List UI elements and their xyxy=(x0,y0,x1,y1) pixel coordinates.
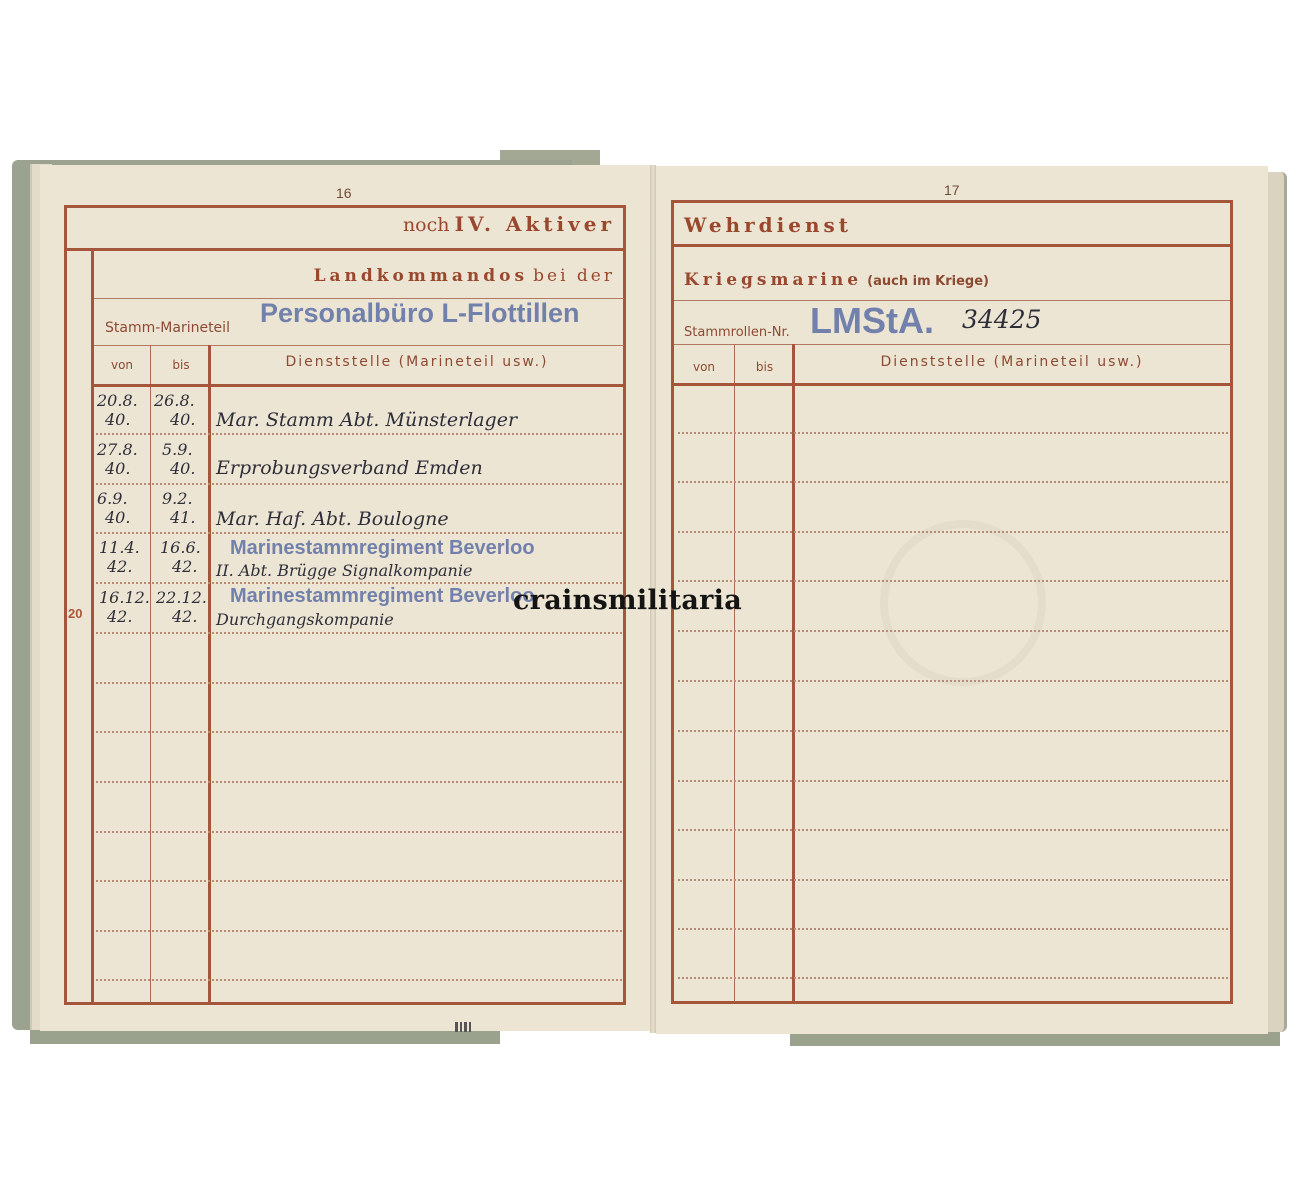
left-header-divider xyxy=(64,248,626,251)
entry-4-dienststelle: II. Abt. Brügge Signalkompanie xyxy=(216,561,472,580)
right-col-header-von: von xyxy=(674,360,734,374)
watermark-text: crainsmilitaria xyxy=(513,585,742,616)
stamm-divider xyxy=(94,345,624,346)
section-prefix: noch xyxy=(403,214,450,236)
right-subtitle-bold: Kriegsmarine xyxy=(684,270,862,290)
stammrollen-label: Stammrollen-Nr. xyxy=(684,325,790,340)
entry-1-von: 20.8.40. xyxy=(97,391,138,429)
entry-2-von: 27.8.40. xyxy=(97,440,138,478)
right-header-divider xyxy=(671,244,1233,247)
entry-5-dienststelle: Durchgangskompanie xyxy=(216,610,394,629)
right-column-header-divider xyxy=(674,383,1230,386)
right-col-header-bis: bis xyxy=(736,360,793,374)
left-column-header-divider xyxy=(94,384,624,387)
entry-5-stamp: Marinestammregiment Beverloo xyxy=(230,585,535,608)
entry-4-bis: 16.6.42. xyxy=(160,538,201,576)
entry-5-von: 16.12.42. xyxy=(99,588,150,626)
stamm-marineteil-stamp: Personalbüro L-Flottillen xyxy=(260,298,580,329)
entry-4-von: 11.4.42. xyxy=(99,538,140,576)
right-subtitle: Kriegsmarine (auch im Kriege) xyxy=(684,270,989,290)
left-von-bis-divider xyxy=(150,345,151,1003)
subtitle-bold: Landkommandos xyxy=(314,266,528,286)
entry-2-dienststelle: Erprobungsverband Emden xyxy=(216,457,483,479)
right-section-title: Wehrdienst xyxy=(684,213,852,237)
left-bis-dienststelle-divider xyxy=(208,345,211,1003)
right-subtitle-rest: (auch im Kriege) xyxy=(867,274,989,289)
right-col-header-dienststelle: Dienststelle (Marineteil usw.) xyxy=(797,354,1227,370)
left-subtitle: Landkommandos bei der xyxy=(100,266,615,286)
right-bis-dienststelle-divider xyxy=(792,344,795,1002)
entry-1-dienststelle: Mar. Stamm Abt. Münsterlager xyxy=(216,409,517,431)
col-header-bis: bis xyxy=(152,358,210,372)
right-subtitle-divider xyxy=(674,300,1230,301)
stammrollen-stamp: LMStA. xyxy=(810,300,934,342)
right-form-frame xyxy=(671,200,1233,1004)
section-title: IV. Aktiver xyxy=(455,212,615,236)
entry-3-bis: 9.2.41. xyxy=(162,489,195,527)
page-number-right: 17 xyxy=(944,182,960,198)
entry-4-stamp: Marinestammregiment Beverloo xyxy=(230,537,535,560)
row-marker-20: 20 xyxy=(68,606,82,621)
subtitle-rest: bei der xyxy=(533,266,615,286)
page-number-left: 16 xyxy=(336,185,352,201)
entry-3-dienststelle: Mar. Haf. Abt. Boulogne xyxy=(216,508,449,530)
stammrollen-divider xyxy=(674,344,1230,345)
left-section-heading: noch IV. Aktiver xyxy=(100,212,615,246)
binding-marks xyxy=(455,1022,471,1032)
stammrollen-number: 34425 xyxy=(962,305,1042,334)
right-von-bis-divider xyxy=(734,344,735,1002)
entry-3-von: 6.9.40. xyxy=(97,489,130,527)
entry-5-bis: 22.12.42. xyxy=(156,588,207,626)
col-header-von: von xyxy=(94,358,150,372)
entry-2-bis: 5.9.40. xyxy=(162,440,195,478)
entry-1-bis: 26.8.40. xyxy=(154,391,195,429)
stamm-marineteil-label: Stamm-Marineteil xyxy=(105,320,230,336)
col-header-dienststelle: Dienststelle (Marineteil usw.) xyxy=(212,354,622,370)
